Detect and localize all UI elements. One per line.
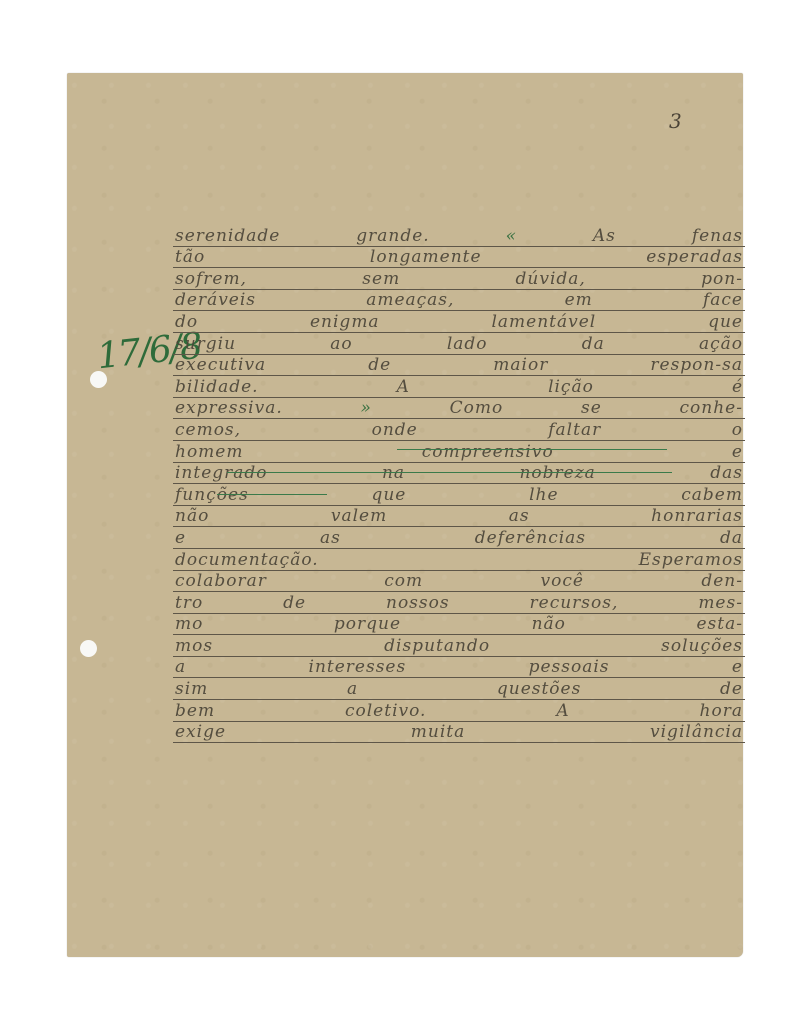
ruled-line: serenidadegrande.«Asfenas: [173, 225, 745, 247]
handwritten-line-text: doenigmalamentávelque: [175, 312, 743, 332]
handwritten-line-text: simaquestõesde: [175, 679, 743, 699]
ruled-line: bilidade.Aliçãoé: [173, 376, 745, 398]
ruled-line: colaborarcomvocêden-: [173, 571, 745, 593]
ruled-line: integradonanobrezadas: [173, 463, 745, 485]
ruled-line: ainteressespessoaise: [173, 657, 745, 679]
handwritten-line-text: documentação.Esperamos: [175, 550, 743, 570]
ruled-line: expressiva.»Comoseconhe-: [173, 398, 745, 420]
handwritten-line-text: surgiuaoladodaação: [175, 334, 743, 354]
handwritten-line-text: trodenossosrecursos,mes-: [175, 593, 743, 613]
ruled-line: mosdisputandosoluções: [173, 635, 745, 657]
ruled-line: deráveisameaças,emface: [173, 290, 745, 312]
handwritten-line-text: cemos,ondefaltaro: [175, 420, 743, 440]
handwritten-line-text: bilidade.Aliçãoé: [175, 377, 743, 397]
ruled-line: sofrem,semdúvida,pon-: [173, 268, 745, 290]
ruled-line: doenigmalamentávelque: [173, 311, 745, 333]
ruled-line: cemos,ondefaltaro: [173, 419, 745, 441]
handwritten-line-text: ainteressespessoaise: [175, 657, 743, 677]
ruled-line: homemcompreensivoe: [173, 441, 745, 463]
ruled-line: exigemuitavigilância: [173, 722, 745, 744]
handwritten-line-text: serenidadegrande.«Asfenas: [175, 226, 743, 246]
ruled-line: simaquestõesde: [173, 678, 745, 700]
green-underline: [217, 494, 327, 495]
green-underline: [227, 472, 672, 473]
handwritten-line-text: easdeferênciasda: [175, 528, 743, 548]
handwritten-line-text: integradonanobrezadas: [175, 463, 743, 483]
ruled-line: executivademaiorrespon-sa: [173, 355, 745, 377]
punch-hole: [80, 640, 97, 657]
handwritten-line-text: homemcompreensivoe: [175, 442, 743, 462]
handwritten-text-block: serenidadegrande.«Asfenastãolongamentees…: [173, 225, 745, 743]
handwritten-line-text: deráveisameaças,emface: [175, 290, 743, 310]
handwritten-line-text: exigemuitavigilância: [175, 722, 743, 742]
ruled-line: nãovalemashonrarias: [173, 506, 745, 528]
handwritten-line-text: expressiva.»Comoseconhe-: [175, 398, 743, 418]
ruled-line: documentação.Esperamos: [173, 549, 745, 571]
handwritten-line-text: nãovalemashonrarias: [175, 506, 743, 526]
ruled-line: easdeferênciasda: [173, 527, 745, 549]
ruled-line: moporquenãoesta-: [173, 614, 745, 636]
manuscript-page: 3 17/6/8 serenidadegrande.«Asfenastãolon…: [67, 73, 743, 957]
handwritten-line-text: tãolongamenteesperadas: [175, 247, 743, 267]
handwritten-line-text: bemcoletivo.Ahora: [175, 701, 743, 721]
ruled-line: surgiuaoladodaação: [173, 333, 745, 355]
ruled-line: bemcoletivo.Ahora: [173, 700, 745, 722]
ruled-line: tãolongamenteesperadas: [173, 247, 745, 269]
page-number: 3: [669, 109, 682, 133]
handwritten-line-text: colaborarcomvocêden-: [175, 571, 743, 591]
handwritten-line-text: mosdisputandosoluções: [175, 636, 743, 656]
ruled-line: trodenossosrecursos,mes-: [173, 592, 745, 614]
handwritten-line-text: sofrem,semdúvida,pon-: [175, 269, 743, 289]
handwritten-line-text: moporquenãoesta-: [175, 614, 743, 634]
handwritten-line-text: executivademaiorrespon-sa: [175, 355, 743, 375]
green-underline: [397, 449, 667, 450]
